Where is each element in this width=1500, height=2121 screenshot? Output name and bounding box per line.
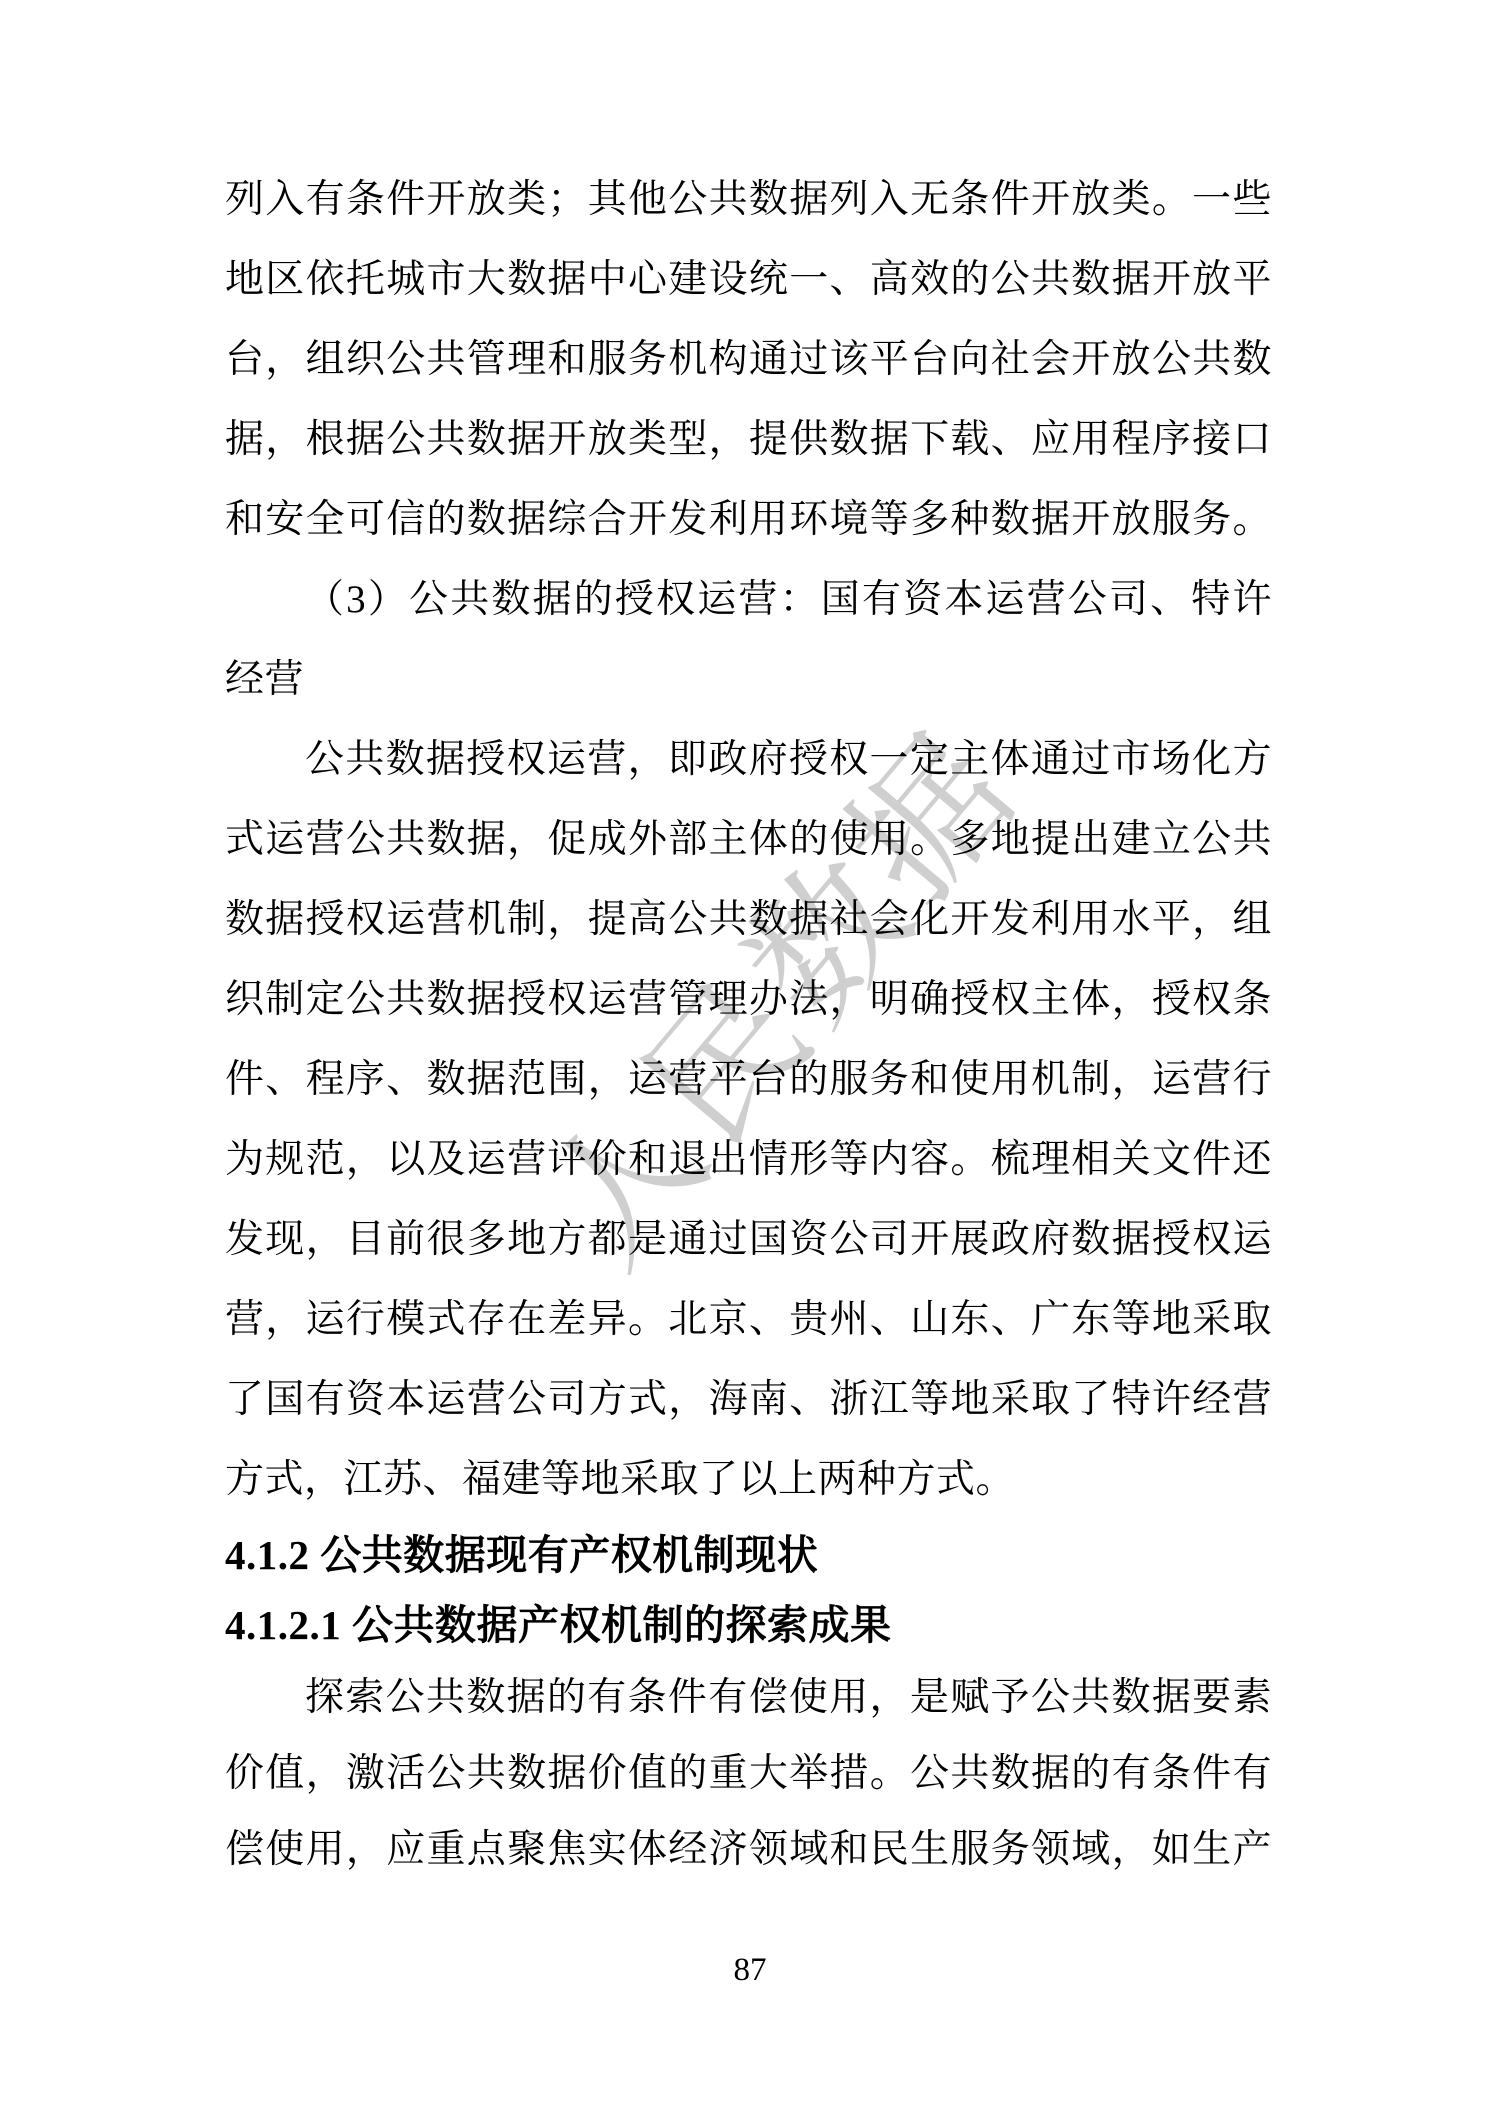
page-footer: 87: [0, 1948, 1500, 1992]
text-line: 发现，目前很多地方都是通过国资公司开展政府数据授权运: [225, 1200, 1272, 1280]
text-line: 方式，江苏、福建等地采取了以上两种方式。: [225, 1440, 1272, 1520]
text-line: 价值，激活公共数据价值的重大举措。公共数据的有条件有: [225, 1736, 1272, 1812]
text-line: 偿使用，应重点聚焦实体经济领域和民生服务领域，如生产: [225, 1812, 1272, 1888]
text-line: 地区依托城市大数据中心建设统一、高效的公共数据开放平: [225, 240, 1272, 320]
text-line: 织制定公共数据授权运营管理办法，明确授权主体，授权条: [225, 960, 1272, 1040]
text-line: 和安全可信的数据综合开发利用环境等多种数据开放服务。: [225, 480, 1272, 560]
section-heading: 4.1.2.1 公共数据产权机制的探索成果: [225, 1590, 1272, 1660]
text-line: 数据授权运营机制，提高公共数据社会化开发利用水平，组: [225, 880, 1272, 960]
document-text-block: 列入有条件开放类；其他公共数据列入无条件开放类。一些地区依托城市大数据中心建设统…: [225, 160, 1272, 1888]
text-line: 据，根据公共数据开放类型，提供数据下载、应用程序接口: [225, 400, 1272, 480]
text-line: 探索公共数据的有条件有偿使用，是赋予公共数据要素: [225, 1660, 1272, 1736]
text-line: 式运营公共数据，促成外部主体的使用。多地提出建立公共: [225, 800, 1272, 880]
text-line: （3）公共数据的授权运营：国有资本运营公司、特许: [225, 560, 1272, 640]
page-number: 87: [734, 1952, 767, 1988]
text-line: 件、程序、数据范围，运营平台的服务和使用机制，运营行: [225, 1040, 1272, 1120]
text-line: 列入有条件开放类；其他公共数据列入无条件开放类。一些: [225, 160, 1272, 240]
document-page: 人民数据 列入有条件开放类；其他公共数据列入无条件开放类。一些地区依托城市大数据…: [0, 0, 1500, 2121]
text-line: 了国有资本运营公司方式，海南、浙江等地采取了特许经营: [225, 1360, 1272, 1440]
section-heading: 4.1.2 公共数据现有产权机制现状: [225, 1520, 1272, 1590]
text-line: 公共数据授权运营，即政府授权一定主体通过市场化方: [225, 720, 1272, 800]
text-line: 台，组织公共管理和服务机构通过该平台向社会开放公共数: [225, 320, 1272, 400]
text-line: 经营: [225, 640, 1272, 720]
text-line: 为规范，以及运营评价和退出情形等内容。梳理相关文件还: [225, 1120, 1272, 1200]
text-line: 营，运行模式存在差异。北京、贵州、山东、广东等地采取: [225, 1280, 1272, 1360]
